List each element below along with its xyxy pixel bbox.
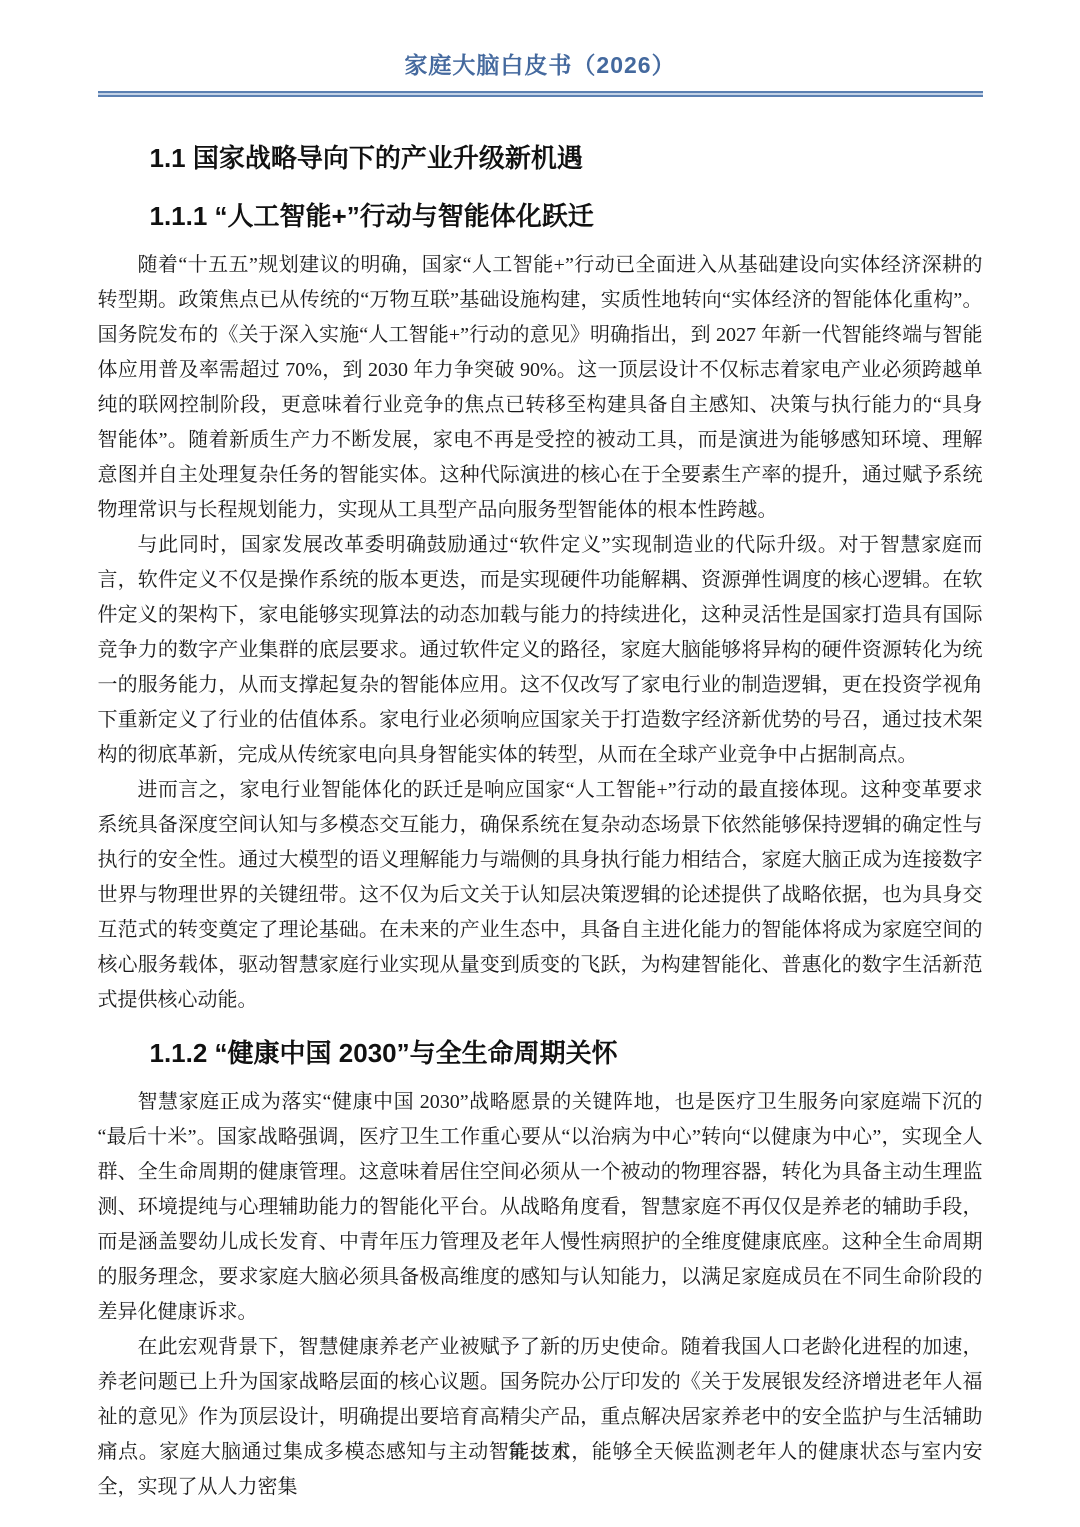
page-header: 家庭大脑白皮书（2026）	[98, 50, 983, 97]
paragraph-silver-economy: 在此宏观背景下，智慧健康养老产业被赋予了新的历史使命。随着我国人口老龄化进程的加…	[98, 1330, 983, 1505]
document-title: 家庭大脑白皮书（2026）	[98, 50, 983, 80]
paragraph-software-defined: 与此同时，国家发展改革委明确鼓励通过“软件定义”实现制造业的代际升级。对于智慧家…	[98, 528, 983, 773]
page-number: 第 2 页	[0, 1438, 1080, 1464]
section-heading-1-1: 1.1 国家战略导向下的产业升级新机遇	[150, 141, 983, 175]
document-page: 家庭大脑白皮书（2026） 1.1 国家战略导向下的产业升级新机遇 1.1.1 …	[98, 0, 983, 1505]
paragraph-embodied-leap: 进而言之，家电行业智能体化的跃迁是响应国家“人工智能+”行动的最直接体现。这种变…	[98, 773, 983, 1018]
section-heading-1-1-2: 1.1.2 “健康中国 2030”与全生命周期关怀	[150, 1036, 983, 1070]
paragraph-healthy-china: 智慧家庭正成为落实“健康中国 2030”战略愿景的关键阵地，也是医疗卫生服务向家…	[98, 1085, 983, 1330]
header-divider	[98, 91, 983, 97]
paragraph-ai-plus-action: 随着“十五五”规划建议的明确，国家“人工智能+”行动已全面进入从基础建设向实体经…	[98, 248, 983, 528]
section-heading-1-1-1: 1.1.1 “人工智能+”行动与智能体化跃迁	[150, 199, 983, 233]
